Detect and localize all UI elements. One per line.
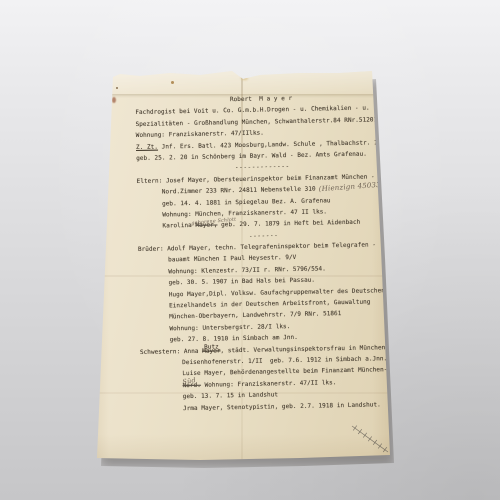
corrected-name: MayerButz (202, 347, 220, 354)
paper-stain (241, 76, 248, 80)
section-intro: Fachdrogist bei Voit u. Co. G.m.b.H.Drog… (135, 103, 388, 165)
section-eltern: Eltern: Josef Mayer, Obersteuerinspektor… (137, 171, 390, 233)
doc-text: , städt. Verwaltungsinspektorsfrau in Mü… (220, 344, 389, 354)
underlined-text: Z. Zt. (136, 143, 158, 150)
typed-correction: Butz (204, 341, 219, 353)
paper-stain (171, 81, 174, 84)
doc-text: geb. 29. 7. 1879 in Heft bei Aidenbach (217, 219, 360, 229)
paper-stain (112, 97, 116, 103)
section-schwestern: Schwestern: Anna MayerButz, städt. Verwa… (140, 342, 393, 415)
document-page: Robert M a y e r Fachdrogist bei Voit u.… (95, 70, 392, 460)
corrected-name: Mayer,geborene Schlott (195, 222, 217, 229)
fold-crease-top (95, 70, 392, 94)
section-brueder: Brüder: Adolf Mayer, techn. Telegrafenin… (138, 239, 392, 346)
handwritten-correction: Süd (182, 375, 197, 388)
doc-text: Wohnung: Franziskanerstr. 47/II lks. (201, 379, 337, 389)
pencil-hatch-mark (348, 422, 394, 458)
paper-stain (116, 87, 118, 89)
typewritten-text: Robert M a y e r Fachdrogist bei Voit u.… (135, 91, 393, 415)
corrected-word: Nord.Süd (182, 382, 200, 389)
doc-text: Nord.Zimmer 233 RNr. 24811 Nebenstelle 3… (162, 186, 320, 196)
doc-text: Schwestern: Anna (140, 347, 202, 355)
photo-background: Robert M a y e r Fachdrogist bei Voit u.… (0, 0, 500, 500)
